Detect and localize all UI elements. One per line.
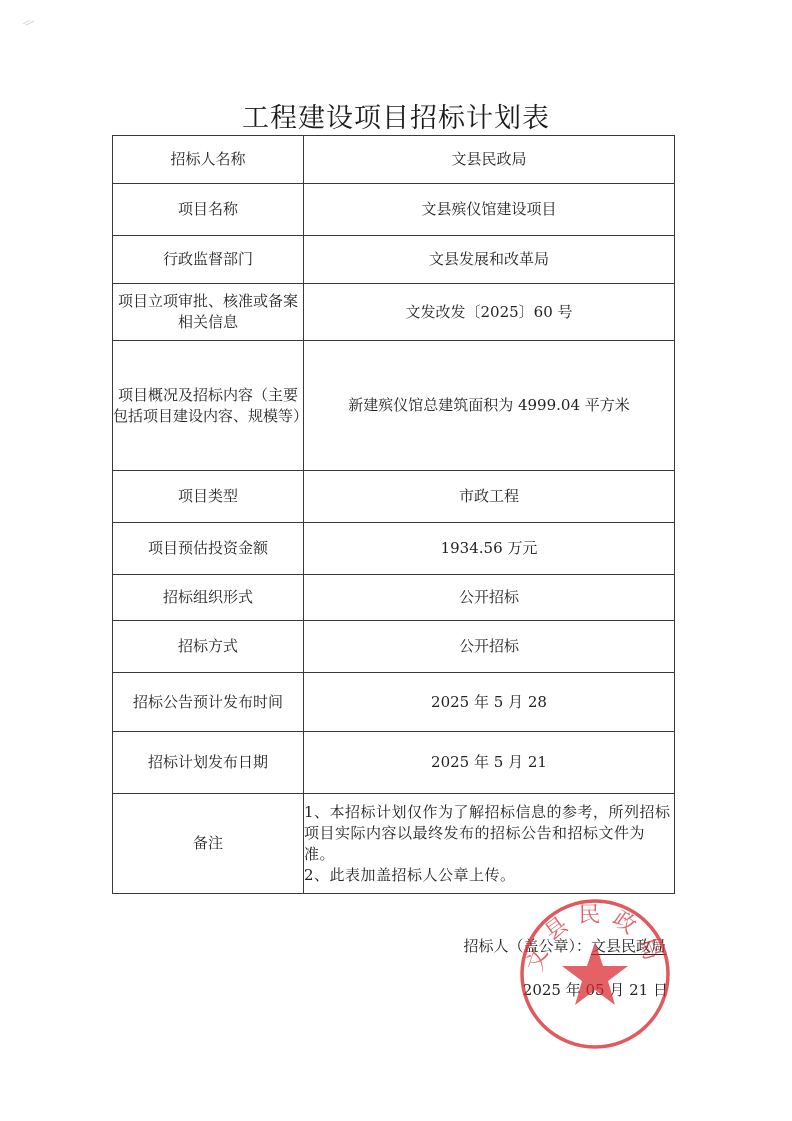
row-label: 招标人名称 (113, 136, 304, 184)
signature-label: 招标人（盖公章）： (463, 937, 591, 955)
table-row: 项目立项审批、核准或备案相关信息 文发改发〔2025〕60 号 (113, 284, 675, 341)
remark-line: 2、此表加盖招标人公章上传。 (304, 865, 674, 886)
row-value: 文发改发〔2025〕60 号 (304, 284, 675, 341)
signature-line: 招标人（盖公章）：文县民政局 (0, 935, 666, 956)
table-row: 项目预估投资金额 1934.56 万元 (113, 523, 675, 575)
row-value: 文县民政局 (304, 136, 675, 184)
table-row: 招标人名称 文县民政局 (113, 136, 675, 184)
table-row: 项目概况及招标内容（主要包括项目建设内容、规模等） 新建殡仪馆总建筑面积为 49… (113, 341, 675, 471)
table-row: 项目类型 市政工程 (113, 471, 675, 523)
row-label: 项目立项审批、核准或备案相关信息 (113, 284, 304, 341)
row-value: 公开招标 (304, 621, 675, 673)
row-label: 项目类型 (113, 471, 304, 523)
row-value: 2025 年 5 月 28 (304, 673, 675, 732)
table-row: 行政监督部门 文县发展和改革局 (113, 236, 675, 284)
remarks-label: 备注 (113, 794, 304, 894)
row-label: 招标计划发布日期 (113, 732, 304, 794)
table-row: 项目名称 文县殡仪馆建设项目 (113, 184, 675, 236)
table-row: 招标方式 公开招标 (113, 621, 675, 673)
scan-artifact (22, 18, 36, 26)
row-label: 行政监督部门 (113, 236, 304, 284)
signature-organization: 文县民政局 (591, 937, 666, 955)
row-value: 文县殡仪馆建设项目 (304, 184, 675, 236)
row-label: 招标方式 (113, 621, 304, 673)
row-label: 项目名称 (113, 184, 304, 236)
remarks-row: 备注 1、本招标计划仅作为了解招标信息的参考，所列招标项目实际内容以最终发布的招… (113, 794, 675, 894)
row-label: 项目概况及招标内容（主要包括项目建设内容、规模等） (113, 341, 304, 471)
row-value: 1934.56 万元 (304, 523, 675, 575)
row-label: 项目预估投资金额 (113, 523, 304, 575)
table-row: 招标公告预计发布时间 2025 年 5 月 28 (113, 673, 675, 732)
row-value: 市政工程 (304, 471, 675, 523)
remarks-content: 1、本招标计划仅作为了解招标信息的参考，所列招标项目实际内容以最终发布的招标公告… (304, 794, 675, 894)
tender-plan-table: 招标人名称 文县民政局 项目名称 文县殡仪馆建设项目 行政监督部门 文县发展和改… (112, 135, 675, 894)
row-label: 招标公告预计发布时间 (113, 673, 304, 732)
document-title: 工程建设项目招标计划表 (0, 96, 792, 135)
remark-line: 1、本招标计划仅作为了解招标信息的参考，所列招标项目实际内容以最终发布的招标公告… (304, 802, 674, 865)
table-row: 招标计划发布日期 2025 年 5 月 21 (113, 732, 675, 794)
official-seal-icon: 文县民政局 (517, 896, 673, 1052)
row-value: 公开招标 (304, 575, 675, 621)
table-row: 招标组织形式 公开招标 (113, 575, 675, 621)
signature-date: 2025 年 05 月 21 日 (0, 979, 668, 1000)
row-value: 文县发展和改革局 (304, 236, 675, 284)
row-value: 新建殡仪馆总建筑面积为 4999.04 平方米 (304, 341, 675, 471)
row-value: 2025 年 5 月 21 (304, 732, 675, 794)
row-label: 招标组织形式 (113, 575, 304, 621)
